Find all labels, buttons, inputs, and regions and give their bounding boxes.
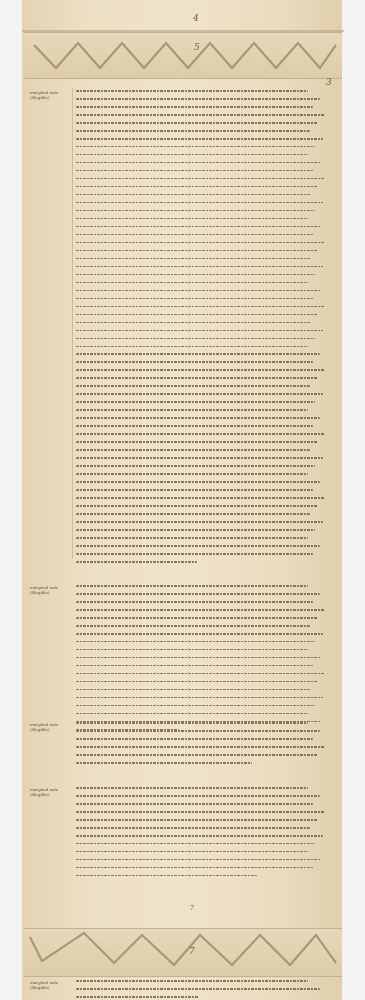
zigzag-stitch-icon [24, 33, 342, 78]
script-line [76, 441, 318, 443]
script-line [76, 617, 318, 619]
script-line [76, 697, 323, 699]
script-line [76, 730, 320, 732]
script-line [76, 106, 313, 108]
script-line [76, 553, 313, 555]
script-line [76, 330, 323, 332]
margin-ruling [72, 88, 73, 558]
script-line [76, 274, 315, 276]
script-line [76, 513, 310, 515]
script-line [76, 361, 313, 363]
margin-note-entry-5: marginal note (illegible) [30, 980, 74, 990]
script-line [76, 851, 308, 853]
script-line [76, 322, 310, 324]
script-line [76, 641, 315, 643]
script-line [76, 465, 315, 467]
script-line [76, 803, 313, 805]
script-line [76, 170, 313, 172]
script-line [76, 210, 315, 212]
script-line [76, 409, 308, 411]
script-line [76, 306, 325, 308]
script-line [76, 346, 308, 348]
script-line [76, 746, 325, 748]
script-line [76, 625, 310, 627]
script-line [76, 537, 308, 539]
script-line [76, 385, 310, 387]
script-line [76, 649, 308, 651]
script-line [76, 98, 320, 100]
script-line [76, 681, 318, 683]
script-line [76, 90, 308, 92]
script-line [76, 266, 323, 268]
script-line [76, 988, 320, 990]
script-line [76, 250, 318, 252]
script-line [76, 282, 308, 284]
script-line [76, 417, 320, 419]
text-block-entry-1 [76, 90, 328, 569]
script-line [76, 138, 323, 140]
script-line [76, 242, 325, 244]
margin-note-entry-2: marginal note (illegible) [30, 585, 74, 595]
right-margin-numeral: 3 [326, 78, 332, 88]
script-line [76, 843, 315, 845]
script-line [76, 162, 320, 164]
script-line [76, 178, 325, 180]
script-line [76, 393, 323, 395]
script-line [76, 449, 310, 451]
script-line [76, 338, 315, 340]
script-line [76, 258, 310, 260]
margin-note-entry-1: marginal note (illegible) [30, 90, 74, 100]
script-line [76, 561, 197, 563]
zigzag-stitch-icon [24, 929, 342, 976]
margin-note-entry-4: marginal note (illegible) [30, 787, 74, 797]
script-line [76, 545, 320, 547]
script-line [76, 827, 310, 829]
script-line [76, 489, 313, 491]
script-line [76, 601, 313, 603]
band-numeral-lower: 7 [189, 947, 195, 957]
script-line [76, 996, 199, 998]
script-line [76, 713, 308, 715]
script-line [76, 819, 318, 821]
script-line [76, 226, 320, 228]
script-line [76, 722, 308, 724]
script-line [76, 505, 318, 507]
script-line [76, 875, 257, 877]
script-line [76, 795, 320, 797]
script-line [76, 593, 320, 595]
script-line [76, 314, 318, 316]
script-line [76, 146, 315, 148]
script-line [76, 353, 320, 355]
script-line [76, 811, 325, 813]
script-line [76, 186, 318, 188]
script-line [76, 754, 318, 756]
script-line [76, 401, 315, 403]
script-line [76, 377, 318, 379]
lower-mark-numeral: 7 [190, 905, 194, 912]
script-line [76, 521, 323, 523]
stitched-band-lower: 7 [24, 928, 342, 977]
script-line [76, 633, 323, 635]
script-line [76, 705, 315, 707]
script-line [76, 859, 320, 861]
text-block-entry-4 [76, 787, 328, 883]
script-line [76, 290, 320, 292]
script-line [76, 218, 308, 220]
script-line [76, 673, 325, 675]
script-line [76, 433, 325, 435]
script-line [76, 202, 323, 204]
script-line [76, 529, 315, 531]
stitched-band-upper: 5 [24, 32, 342, 79]
script-line [76, 497, 325, 499]
text-block-entry-5 [76, 980, 328, 1000]
script-line [76, 738, 313, 740]
script-line [76, 473, 308, 475]
script-line [76, 787, 308, 789]
script-line [76, 154, 308, 156]
text-block-entry-3 [76, 722, 328, 770]
script-line [76, 234, 313, 236]
script-line [76, 122, 318, 124]
script-line [76, 762, 252, 764]
margin-note-entry-3: marginal note (illegible) [30, 722, 74, 732]
script-line [76, 665, 313, 667]
script-line [76, 867, 313, 869]
script-line [76, 369, 325, 371]
script-line [76, 298, 313, 300]
script-line [76, 130, 310, 132]
script-line [76, 657, 320, 659]
script-line [76, 835, 323, 837]
script-line [76, 194, 310, 196]
script-line [76, 585, 308, 587]
script-line [76, 425, 313, 427]
script-line [76, 481, 320, 483]
script-line [76, 609, 325, 611]
script-line [76, 457, 323, 459]
text-block-entry-2 [76, 585, 328, 737]
script-line [76, 980, 308, 982]
membrane-numeral-top: 4 [193, 14, 199, 24]
band-numeral-upper: 5 [194, 43, 200, 53]
script-line [76, 689, 310, 691]
script-line [76, 114, 325, 116]
